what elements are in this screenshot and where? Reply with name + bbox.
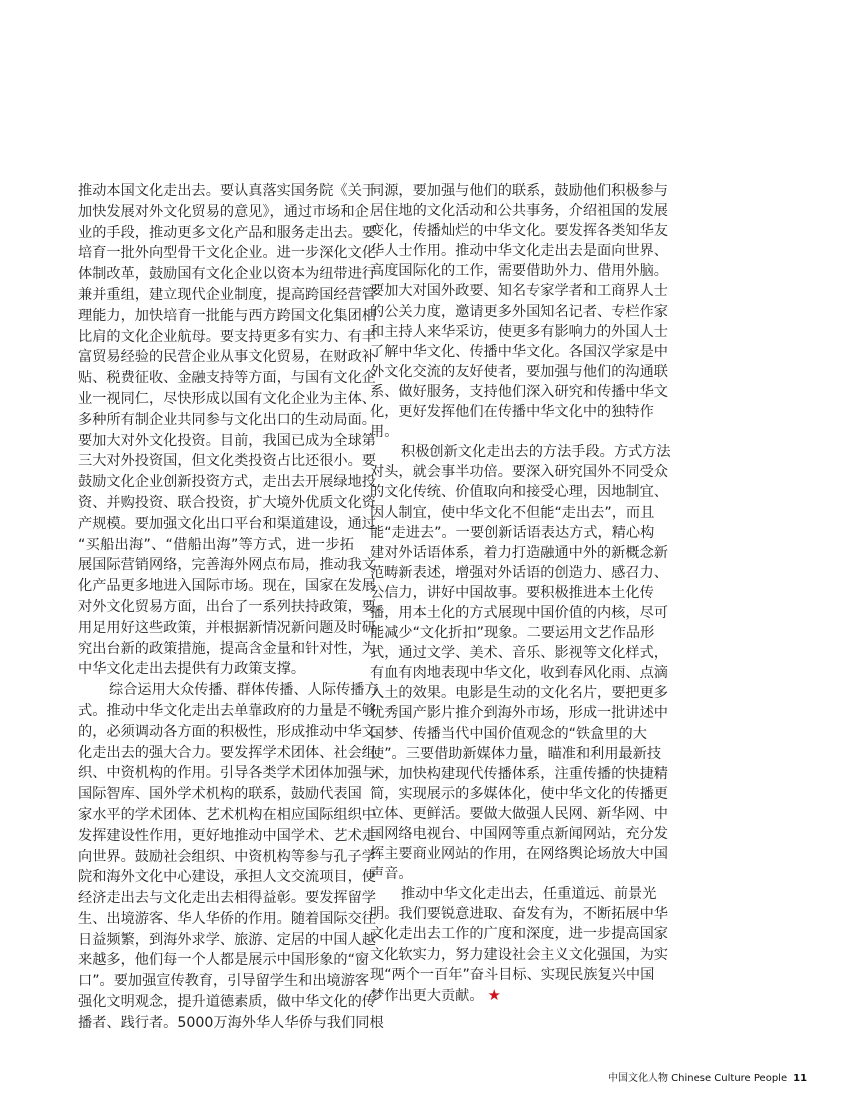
line-text: 经济走出去与文化走出去相得益彰。要发挥留学	[78, 890, 376, 906]
text-line: 家水平的学术团体、艺术机构在相应国际组织中	[78, 805, 354, 826]
line-text: 能“走进去”。一要创新话语表达方式，精心构	[370, 525, 654, 541]
text-line: 外文化交流的友好使者，要加强与他们的沟通联	[370, 362, 646, 382]
text-line: 国际智库、国外学术机构的联系，鼓励代表国	[78, 784, 354, 805]
text-line: 范畴新表述，增强对外话语的创造力、感召力、	[370, 563, 646, 583]
text-line: 鼓励文化企业创新投资方式，走出去开展绿地投	[78, 472, 354, 493]
line-text: 文化走出去工作的广度和深度，进一步提高国家	[370, 926, 668, 942]
text-line: 公信力，讲好中国故事。要积极推进本土化传	[370, 583, 646, 603]
line-text: 三大对外投资国，但文化类投资占比还很小。要	[78, 453, 376, 469]
line-text: 培育一批外向型骨干文化企业。进一步深化文化	[78, 245, 376, 261]
text-line: 产规模。要加强文化出口平台和渠道建设，通过	[78, 514, 354, 535]
line-text: 业的手段，推动更多文化产品和服务走出去。要	[78, 225, 376, 241]
line-text: 式，通过文学、美术、音乐、影视等文化样式，	[370, 645, 668, 661]
line-text: 积极创新文化走出去的方法手段。方式方法	[401, 444, 671, 460]
line-text: 多种所有制企业共同参与文化出口的生动局面。	[78, 412, 376, 428]
text-line: 兼并重组，建立现代企业制度，提高跨国经营管	[78, 285, 354, 306]
line-text: 同源，要加强与他们的联系，鼓励他们积极参与	[370, 183, 668, 199]
line-text: 推动本国文化走出去。要认真落实国务院《关于	[78, 183, 376, 199]
text-line: 究出台新的政策措施，提高含金量和针对性，为	[78, 639, 354, 660]
line-text: 用。	[370, 424, 398, 440]
line-text: 产规模。要加强文化出口平台和渠道建设，通过	[78, 516, 376, 532]
text-line: 有血有肉地表现中华文化，收到春风化雨、点滴	[370, 663, 646, 683]
text-line: 居住地的文化活动和公共事务，介绍祖国的发展	[370, 201, 646, 221]
page-footer: 中国文化人物 Chinese Culture People11	[608, 1069, 807, 1084]
text-line: 多种所有制企业共同参与文化出口的生动局面。	[78, 410, 354, 431]
line-text: 式。推动中华文化走出去单靠政府的力量是不够	[78, 703, 376, 719]
text-line: 文化软实力，努力建设社会主义文化强国，为实	[370, 945, 646, 965]
line-text: 对外文化贸易方面，出台了一系列扶持政策，要	[78, 599, 376, 615]
text-line: 式，通过文学、美术、音乐、影视等文化样式，	[370, 643, 646, 663]
text-line: 能“走进去”。一要创新话语表达方式，精心构	[370, 523, 646, 543]
text-line: 要加大对外文化投资。目前，我国已成为全球第	[78, 431, 354, 452]
text-line: 要加大对国外政要、知名专家学者和工商界人士	[370, 281, 646, 301]
text-line: 用。	[370, 422, 646, 442]
text-line: 的公关力度，邀请更多外国知名记者、专栏作家	[370, 302, 646, 322]
line-text: 对头，就会事半功倍。要深入研究国外不同受众	[370, 464, 668, 480]
text-line: “买船出海”、“借船出海”等方式，进一步拓	[78, 535, 354, 556]
text-line: 国梦、传播当代中国价值观念的“铁盒里的大	[370, 724, 646, 744]
text-line: 立体、更鲜活。要做大做强人民网、新华网、中	[370, 804, 646, 824]
line-text: 居住地的文化活动和公共事务，介绍祖国的发展	[370, 203, 668, 219]
line-text: 化走出去的强大合力。要发挥学术团体、社会组	[78, 745, 376, 761]
text-line: 化产品更多地进入国际市场。现在，国家在发展	[78, 576, 354, 597]
line-text: 入土的效果。电影是生动的文化名片，要把更多	[370, 685, 668, 701]
text-line: 资、并购投资、联合投资，扩大境外优质文化资	[78, 493, 354, 514]
line-text: 高度国际化的工作，需要借助外力、借用外脑。	[370, 263, 668, 279]
text-line: 术，加快构建现代传播体系，注重传播的快捷精	[370, 764, 646, 784]
text-line: 织、中资机构的作用。引导各类学术团体加强与	[78, 763, 354, 784]
line-text: 国网络电视台、中国网等重点新闻网站，充分发	[370, 826, 668, 842]
text-line: 国网络电视台、中国网等重点新闻网站，充分发	[370, 824, 646, 844]
line-text: 口”。要加强宣传教育，引导留学生和出境游客	[78, 973, 369, 989]
text-line: 现“两个一百年”奋斗目标、实现民族复兴中国	[370, 965, 646, 985]
line-text: “买船出海”、“借船出海”等方式，进一步拓	[78, 537, 354, 553]
line-text: 体制改革，鼓励国有文化企业以资本为纽带进行	[78, 266, 376, 282]
text-line: 高度国际化的工作，需要借助外力、借用外脑。	[370, 261, 646, 281]
text-line: 挥主要商业网站的作用，在网络舆论场放大中国	[370, 844, 646, 864]
line-text: 理能力，加快培育一批能与西方跨国文化集团相	[78, 308, 376, 324]
page-number: 11	[793, 1073, 807, 1084]
line-text: 生、出境游客、华人华侨的作用。随着国际交往	[78, 911, 376, 927]
line-text: 要加大对国外政要、知名专家学者和工商界人士	[370, 283, 668, 299]
line-text: 向世界。鼓励社会组织、中资机构等参与孔子学	[78, 849, 376, 865]
line-text: 中华文化走出去提供有力政策支撑。	[78, 661, 305, 677]
line-text: 业一视同仁，尽快形成以国有文化企业为主体、	[78, 391, 376, 407]
paragraph-first-line: 推动中华文化走出去，任重道远、前景光	[370, 884, 646, 904]
line-text: 贴、税费征收、金融支持等方面，与国有文化企	[78, 370, 376, 386]
text-line: 向世界。鼓励社会组织、中资机构等参与孔子学	[78, 847, 354, 868]
line-text: 变化，传播灿烂的中华文化。要发挥各类知华友	[370, 223, 668, 239]
line-text: 富贸易经验的民营企业从事文化贸易，在财政补	[78, 349, 376, 365]
text-line: 业的手段，推动更多文化产品和服务走出去。要	[78, 223, 354, 244]
line-text: 究出台新的政策措施，提高含金量和针对性，为	[78, 641, 376, 657]
line-text: 播，用本土化的方式展现中国价值的内核，尽可	[370, 605, 668, 621]
text-line: 来越多，他们每一个人都是展示中国形象的“窗	[78, 950, 354, 971]
text-line: 经济走出去与文化走出去相得益彰。要发挥留学	[78, 888, 354, 909]
text-line: 优秀国产影片推介到海外市场，形成一批讲述中	[370, 703, 646, 723]
text-line: 理能力，加快培育一批能与西方跨国文化集团相	[78, 306, 354, 327]
line-text: 国际智库、国外学术机构的联系，鼓励代表国	[78, 786, 362, 802]
text-line: 入土的效果。电影是生动的文化名片，要把更多	[370, 683, 646, 703]
line-text: 来越多，他们每一个人都是展示中国形象的“窗	[78, 952, 369, 968]
text-line: 式。推动中华文化走出去单靠政府的力量是不够	[78, 701, 354, 722]
text-line: 展国际营销网络，完善海外网点布局，推动我文	[78, 555, 354, 576]
line-text: 比肩的文化企业航母。要支持更多有实力、有丰	[78, 329, 376, 345]
line-text: 发挥建设性作用，更好地推动中国学术、艺术走	[78, 828, 376, 844]
text-line: 因人制宜，使中华文化不但能“走出去”，而且	[370, 503, 646, 523]
article-column-left: 推动本国文化走出去。要认真落实国务院《关于加快发展对外文化贸易的意见》，通过市场…	[78, 181, 354, 1034]
line-text: 有血有肉地表现中华文化，收到春风化雨、点滴	[370, 665, 668, 681]
text-line: 系、做好服务，支持他们深入研究和传播中华文	[370, 382, 646, 402]
line-text: 织、中资机构的作用。引导各类学术团体加强与	[78, 765, 376, 781]
line-text: 公信力，讲好中国故事。要积极推进本土化传	[370, 585, 654, 601]
line-text: 展国际营销网络，完善海外网点布局，推动我文	[78, 557, 376, 573]
text-line: 用足用好这些政策，并根据新情况新问题及时研	[78, 618, 354, 639]
publication-name: 中国文化人物 Chinese Culture People	[608, 1073, 787, 1084]
line-text: 使”。三要借助新媒体力量，瞄准和利用最新技	[370, 746, 661, 762]
paragraph-first-line: 积极创新文化走出去的方法手段。方式方法	[370, 442, 646, 462]
line-text: 化，更好发挥他们在传播中华文化中的独特作	[370, 404, 654, 420]
line-text: 挥主要商业网站的作用，在网络舆论场放大中国	[370, 846, 668, 862]
text-line: 对外文化贸易方面，出台了一系列扶持政策，要	[78, 597, 354, 618]
text-line: 中华文化走出去提供有力政策支撑。	[78, 659, 354, 680]
line-text: 优秀国产影片推介到海外市场，形成一批讲述中	[370, 705, 668, 721]
line-text: 鼓励文化企业创新投资方式，走出去开展绿地投	[78, 474, 376, 490]
text-line: 对头，就会事半功倍。要深入研究国外不同受众	[370, 462, 646, 482]
text-line: 文化走出去工作的广度和深度，进一步提高国家	[370, 924, 646, 944]
text-line: 声音。	[370, 864, 646, 884]
text-line: 播，用本土化的方式展现中国价值的内核，尽可	[370, 603, 646, 623]
line-text: 资、并购投资、联合投资，扩大境外优质文化资	[78, 495, 376, 511]
text-line: 了解中华文化、传播中华文化。各国汉学家是中	[370, 342, 646, 362]
line-text: 和主持人来华采访，使更多有影响力的外国人士	[370, 324, 668, 340]
line-text: 能减少“文化折扣”现象。二要运用文艺作品形	[370, 625, 654, 641]
line-text: 了解中华文化、传播中华文化。各国汉学家是中	[370, 344, 668, 360]
line-text: 国梦、传播当代中国价值观念的“铁盒里的大	[370, 726, 647, 742]
line-text: 范畴新表述，增强对外话语的创造力、感召力、	[370, 565, 668, 581]
paragraph-first-line: 综合运用大众传播、群体传播、人际传播方	[78, 680, 354, 701]
text-line: 比肩的文化企业航母。要支持更多有实力、有丰	[78, 327, 354, 348]
line-text: 因人制宜，使中华文化不但能“走出去”，而且	[370, 505, 654, 521]
line-text: 华人士作用。推动中华文化走出去是面向世界、	[370, 243, 668, 259]
text-line: 发挥建设性作用，更好地推动中国学术、艺术走	[78, 826, 354, 847]
text-line: 华人士作用。推动中华文化走出去是面向世界、	[370, 241, 646, 261]
text-line: 明。我们要锐意进取、奋发有为，不断拓展中华	[370, 904, 646, 924]
text-line: 的，必须调动各方面的积极性，形成推动中华文	[78, 722, 354, 743]
line-text: 的，必须调动各方面的积极性，形成推动中华文	[78, 724, 376, 740]
line-text: 梦作出更大贡献。	[370, 988, 484, 1004]
line-text: 日益频繁，到海外求学、旅游、定居的中国人越	[78, 932, 376, 948]
line-text: 术，加快构建现代传播体系，注重传播的快捷精	[370, 766, 668, 782]
line-text: 外文化交流的友好使者，要加强与他们的沟通联	[370, 364, 668, 380]
text-line: 加快发展对外文化贸易的意见》，通过市场和企	[78, 202, 354, 223]
text-line: 三大对外投资国，但文化类投资占比还很小。要	[78, 451, 354, 472]
text-line: 培育一批外向型骨干文化企业。进一步深化文化	[78, 243, 354, 264]
line-text: 综合运用大众传播、群体传播、人际传播方	[109, 682, 379, 698]
line-text: 推动中华文化走出去，任重道远、前景光	[401, 886, 656, 902]
text-line: 简，实现展示的多媒体化，使中华文化的传播更	[370, 784, 646, 804]
line-text: 系、做好服务，支持他们深入研究和传播中华文	[370, 384, 668, 400]
line-text: 简，实现展示的多媒体化，使中华文化的传播更	[370, 786, 668, 802]
line-text: 强化文明观念，提升道德素质，做中华文化的传	[78, 994, 376, 1010]
text-line: 能减少“文化折扣”现象。二要运用文艺作品形	[370, 623, 646, 643]
line-text: 加快发展对外文化贸易的意见》，通过市场和企	[78, 204, 369, 220]
line-text: 用足用好这些政策，并根据新情况新问题及时研	[78, 620, 376, 636]
text-line: 体制改革，鼓励国有文化企业以资本为纽带进行	[78, 264, 354, 285]
line-text: 的公关力度，邀请更多外国知名记者、专栏作家	[370, 304, 668, 320]
text-line: 口”。要加强宣传教育，引导留学生和出境游客	[78, 971, 354, 992]
text-line: 同源，要加强与他们的联系，鼓励他们积极参与	[370, 181, 646, 201]
text-line: 播者、践行者。5000万海外华人华侨与我们同根	[78, 1013, 354, 1034]
text-line: 和主持人来华采访，使更多有影响力的外国人士	[370, 322, 646, 342]
text-line: 富贸易经验的民营企业从事文化贸易，在财政补	[78, 347, 354, 368]
line-text: 家水平的学术团体、艺术机构在相应国际组织中	[78, 807, 376, 823]
text-line: 使”。三要借助新媒体力量，瞄准和利用最新技	[370, 744, 646, 764]
line-text: 的文化传统、价值取向和接受心理，因地制宜、	[370, 484, 668, 500]
text-line: 生、出境游客、华人华侨的作用。随着国际交往	[78, 909, 354, 930]
line-text: 建对外话语体系，着力打造融通中外的新概念新	[370, 545, 668, 561]
line-text: 立体、更鲜活。要做大做强人民网、新华网、中	[370, 806, 668, 822]
text-line: 化走出去的强大合力。要发挥学术团体、社会组	[78, 743, 354, 764]
text-line: 梦作出更大贡献。★	[370, 985, 646, 1005]
text-line: 变化，传播灿烂的中华文化。要发挥各类知华友	[370, 221, 646, 241]
text-line: 业一视同仁，尽快形成以国有文化企业为主体、	[78, 389, 354, 410]
text-line: 建对外话语体系，着力打造融通中外的新概念新	[370, 543, 646, 563]
text-line: 贴、税费征收、金融支持等方面，与国有文化企	[78, 368, 354, 389]
line-text: 播者、践行者。5000万海外华人华侨与我们同根	[78, 1015, 384, 1031]
text-line: 推动本国文化走出去。要认真落实国务院《关于	[78, 181, 354, 202]
line-text: 声音。	[370, 866, 413, 882]
text-line: 日益频繁，到海外求学、旅游、定居的中国人越	[78, 930, 354, 951]
line-text: 要加大对外文化投资。目前，我国已成为全球第	[78, 433, 376, 449]
line-text: 院和海外文化中心建设，承担人文交流项目，使	[78, 869, 376, 885]
end-star-icon: ★	[488, 986, 501, 1004]
line-text: 化产品更多地进入国际市场。现在，国家在发展	[78, 578, 376, 594]
line-text: 明。我们要锐意进取、奋发有为，不断拓展中华	[370, 906, 668, 922]
text-line: 化，更好发挥他们在传播中华文化中的独特作	[370, 402, 646, 422]
article-column-right: 同源，要加强与他们的联系，鼓励他们积极参与居住地的文化活动和公共事务，介绍祖国的…	[370, 181, 646, 1005]
line-text: 文化软实力，努力建设社会主义文化强国，为实	[370, 947, 668, 963]
text-line: 强化文明观念，提升道德素质，做中华文化的传	[78, 992, 354, 1013]
text-line: 院和海外文化中心建设，承担人文交流项目，使	[78, 867, 354, 888]
line-text: 兼并重组，建立现代企业制度，提高跨国经营管	[78, 287, 376, 303]
line-text: 现“两个一百年”奋斗目标、实现民族复兴中国	[370, 967, 654, 983]
text-line: 的文化传统、价值取向和接受心理，因地制宜、	[370, 482, 646, 502]
